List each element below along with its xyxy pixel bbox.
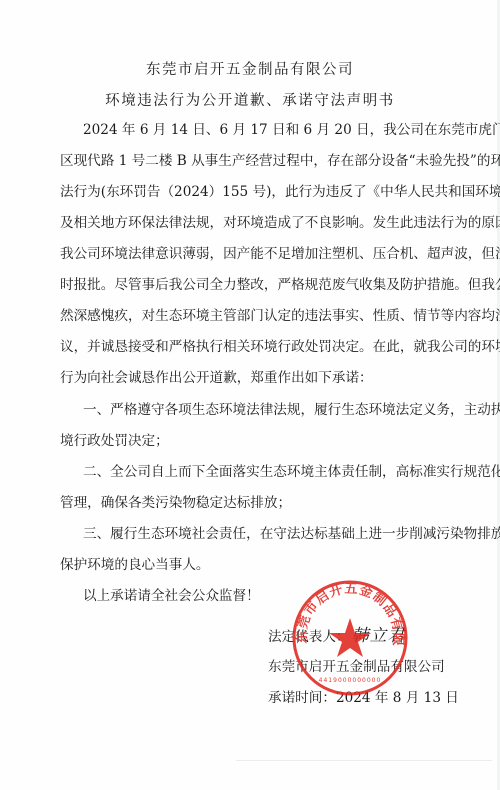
svg-text:4419000000000: 4419000000000 [319, 677, 382, 684]
signing-company: 东莞市启开五金制品有限公司 [268, 657, 445, 677]
body-line: 议，并诚恳接受和严格执行相关环境行政处罚决定。在此，就我公司的环境违法 [60, 337, 473, 357]
commitment-3-line-2: 保护环境的良心当事人。 [60, 555, 473, 575]
handwritten-signature: 韩立君 [352, 626, 406, 646]
body-line: 2024 年 6 月 14 日、6 月 17 日和 6 月 20 日，我公司在东… [83, 120, 473, 140]
commitment-2-line-1: 二、全公司自上而下全面落实生态环境主体责任制，高标准实行规范化环境 [83, 462, 473, 482]
commitment-1-line-2: 境行政处罚决定； [60, 431, 473, 451]
company-title: 东莞市启开五金制品有限公司 [0, 58, 500, 79]
commitment-date: 承诺时间：2024 年 8 月 13 日 [268, 688, 459, 708]
commitment-3-line-1: 三、履行生态环境社会责任，在守法达标基础上进一步削减污染物排放，做 [83, 524, 473, 544]
body-line: 区现代路 1 号二楼 B 从事生产经营过程中，存在部分设备“未验先投”的环境违 [60, 151, 473, 171]
closing-statement: 以上承诺请全社会公众监督！ [83, 586, 473, 606]
commitment-2-line-2: 管理，确保各类污染物稳定达标排放； [60, 493, 473, 513]
rep-label: 法定代表人： [268, 629, 350, 645]
document-page: 东莞市启开五金制品有限公司 环境违法行为公开道歉、承诺守法声明书 2024 年 … [0, 0, 500, 790]
body-line: 法行为(东环罚告（2024）155 号)，此行为违反了《中华人民共和国环境保护法… [60, 182, 473, 202]
body-line: 然深感愧疚，对生态环境主管部门认定的违法事实、性质、情节等内容均没有异 [60, 306, 473, 326]
legal-representative: 法定代表人：韩立君 [268, 626, 406, 646]
statement-title: 环境违法行为公开道歉、承诺守法声明书 [0, 89, 500, 110]
body-line: 时报批。尽管事后我公司全力整改，严格规范废气收集及防护措施。但我公司仍 [60, 275, 473, 295]
body-line: 行为向社会诚恳作出公开道歉，郑重作出如下承诺： [60, 368, 473, 388]
date-label: 承诺时间： [268, 690, 336, 706]
commitment-1-line-1: 一、严格遵守各项生态环境法律法规，履行生态环境法定义务，主动执行环 [83, 400, 473, 420]
body-line: 及相关地方环保法律法规，对环境造成了不良影响。发生此违法行为的原因在于 [60, 213, 473, 233]
date-value: 2024 年 8 月 13 日 [336, 690, 459, 706]
scan-artifact-line [236, 760, 492, 761]
body-line: 我公司环境法律意识薄弱，因产能不足增加注塑机、压合机、超声波，但没有及 [60, 244, 473, 264]
